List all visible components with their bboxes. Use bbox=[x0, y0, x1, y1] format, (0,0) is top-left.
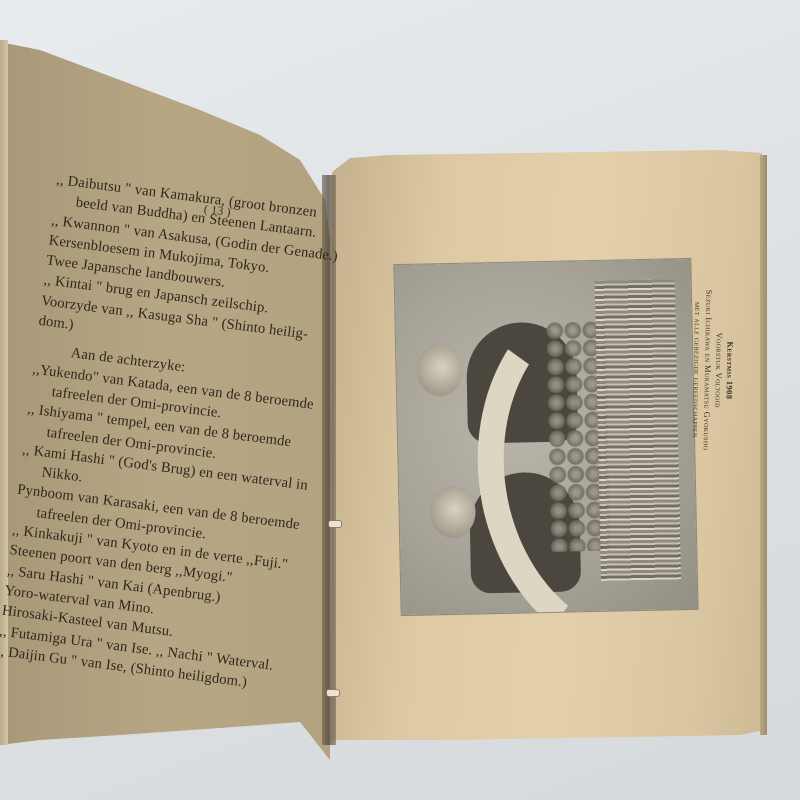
left-page-text: ( 13 ) ,, Daibutsu " van Kamakura, (groo… bbox=[0, 168, 356, 699]
binding-stitch-icon bbox=[326, 689, 340, 697]
photo-caption: Kerstmis 1908 Voorstuk Voltooid Sezuki I… bbox=[673, 264, 737, 475]
right-page-edge bbox=[760, 155, 767, 735]
tipped-in-photograph bbox=[394, 259, 697, 615]
page-number: ( 13 ) bbox=[203, 199, 232, 223]
binding-stitch-icon bbox=[328, 520, 342, 528]
person-head bbox=[416, 344, 463, 397]
book-photo-scene: ( 13 ) ,, Daibutsu " van Kamakura, (groo… bbox=[0, 0, 800, 800]
